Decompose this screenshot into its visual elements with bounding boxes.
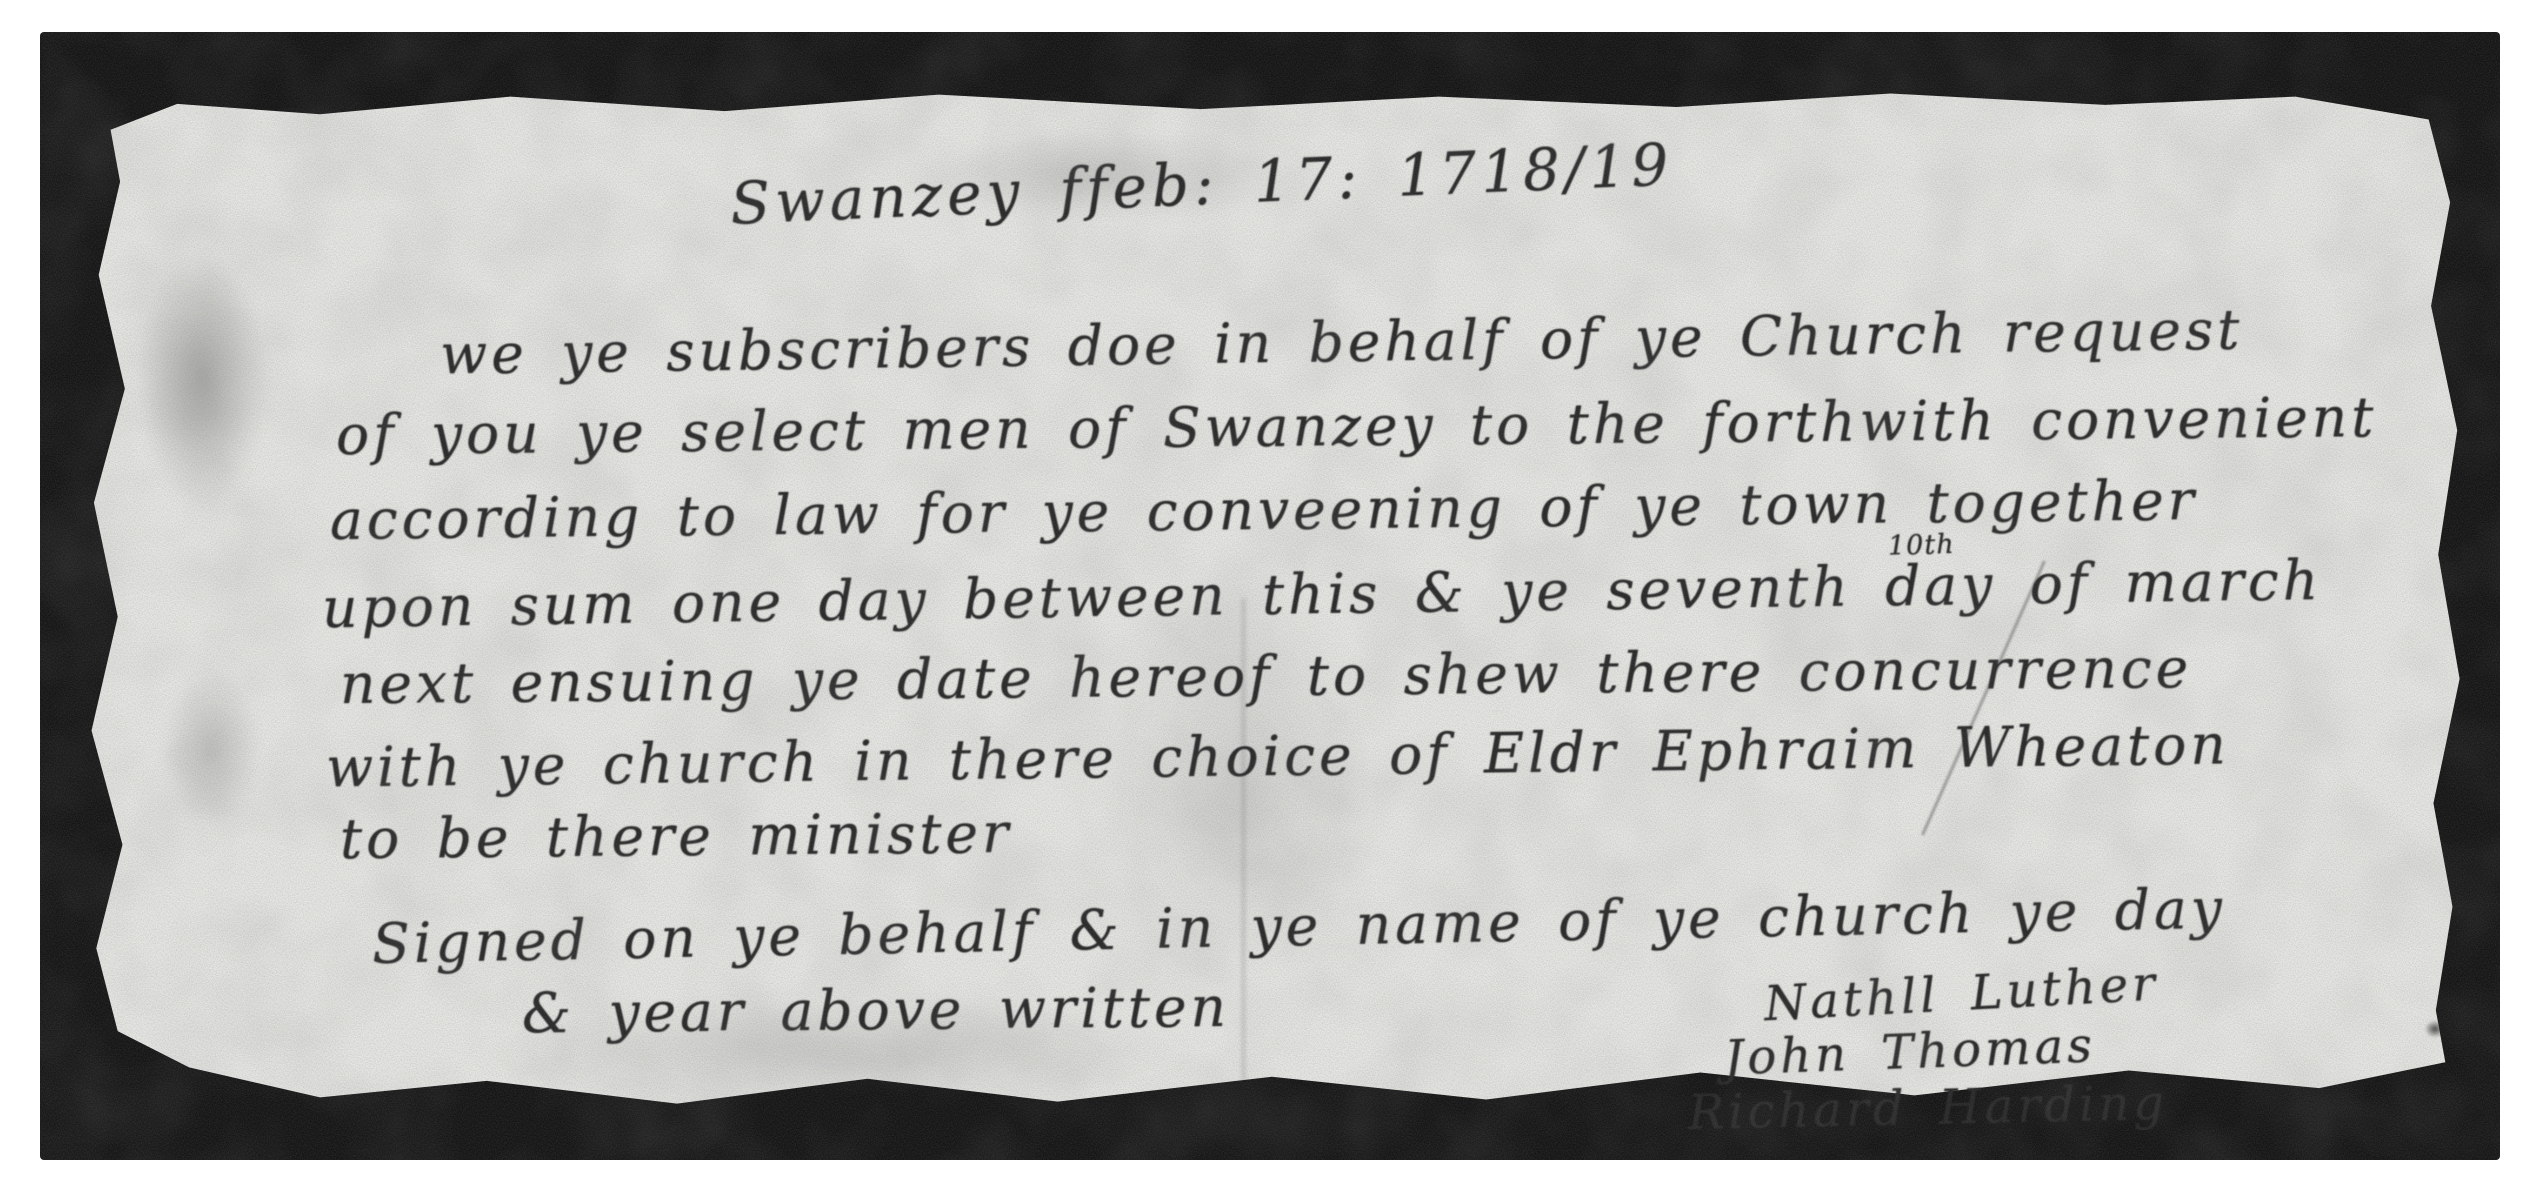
paper-stain <box>142 638 282 858</box>
ink-blot <box>2422 1018 2448 1040</box>
scan-black-border: Swanzey ffeb: 17: 1718/19 we ye subscrib… <box>40 32 2500 1160</box>
paper-stain <box>112 198 292 558</box>
closing-line: & year above written <box>522 975 1231 1045</box>
body-line: to be there minister <box>340 801 1013 871</box>
interlinear-insertion: 10th <box>1887 529 1955 562</box>
signature: Richard Harding <box>1687 1075 2168 1141</box>
scanned-document-page: Swanzey ffeb: 17: 1718/19 we ye subscrib… <box>0 0 2546 1201</box>
